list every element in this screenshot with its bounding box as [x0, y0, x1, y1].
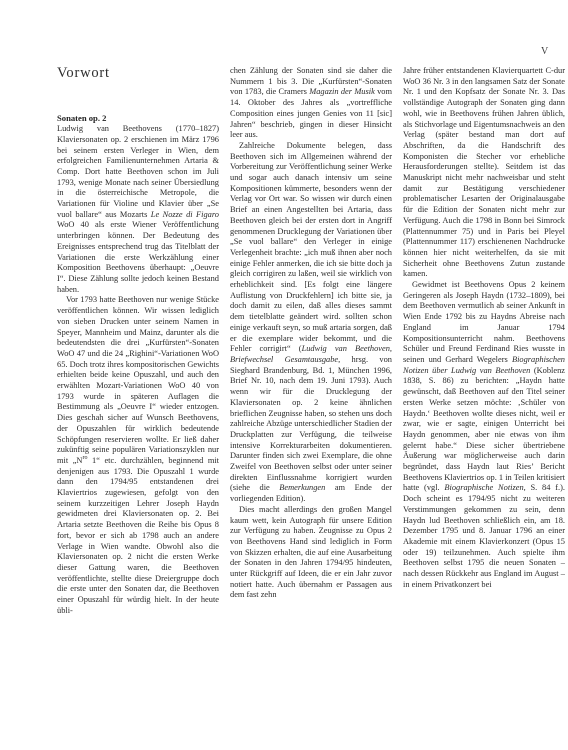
- paragraph: Ludwig van Beethovens (1770–1827) Klavie…: [57, 124, 219, 295]
- paragraph: Jahre früher entstandenen Klavierquartet…: [403, 66, 565, 280]
- text-column-2: chen Zählung der Sonaten sind sie daher …: [230, 66, 392, 616]
- preface-page: V Vorwort Sonaten op. 2 Ludwig van Beeth…: [0, 0, 568, 750]
- column-2-paragraphs: chen Zählung der Sonaten sind sie daher …: [230, 66, 392, 601]
- section-heading: Sonaten op. 2: [57, 113, 219, 124]
- paragraph: chen Zählung der Sonaten sind sie daher …: [230, 66, 392, 141]
- text-column-1: Vorwort Sonaten op. 2 Ludwig van Beethov…: [57, 66, 219, 616]
- paragraph: Vor 1793 hatte Beethoven nur wenige Stüc…: [57, 295, 219, 616]
- text-column-3: Jahre früher entstandenen Klavierquartet…: [403, 66, 565, 616]
- column-3-paragraphs: Jahre früher entstandenen Klavierquartet…: [403, 66, 565, 590]
- paragraph: Dies macht allerdings den großen Mangel …: [230, 505, 392, 601]
- paragraph: Zahlreiche Dokumente belegen, dass Beeth…: [230, 141, 392, 505]
- column-1-paragraphs: Ludwig van Beethovens (1770–1827) Klavie…: [57, 124, 219, 616]
- paragraph: Gewidmet ist Beethovens Opus 2 keinem Ge…: [403, 280, 565, 590]
- page-number: V: [541, 46, 549, 57]
- page-title: Vorwort: [57, 66, 219, 82]
- text-block: Vorwort Sonaten op. 2 Ludwig van Beethov…: [57, 66, 565, 616]
